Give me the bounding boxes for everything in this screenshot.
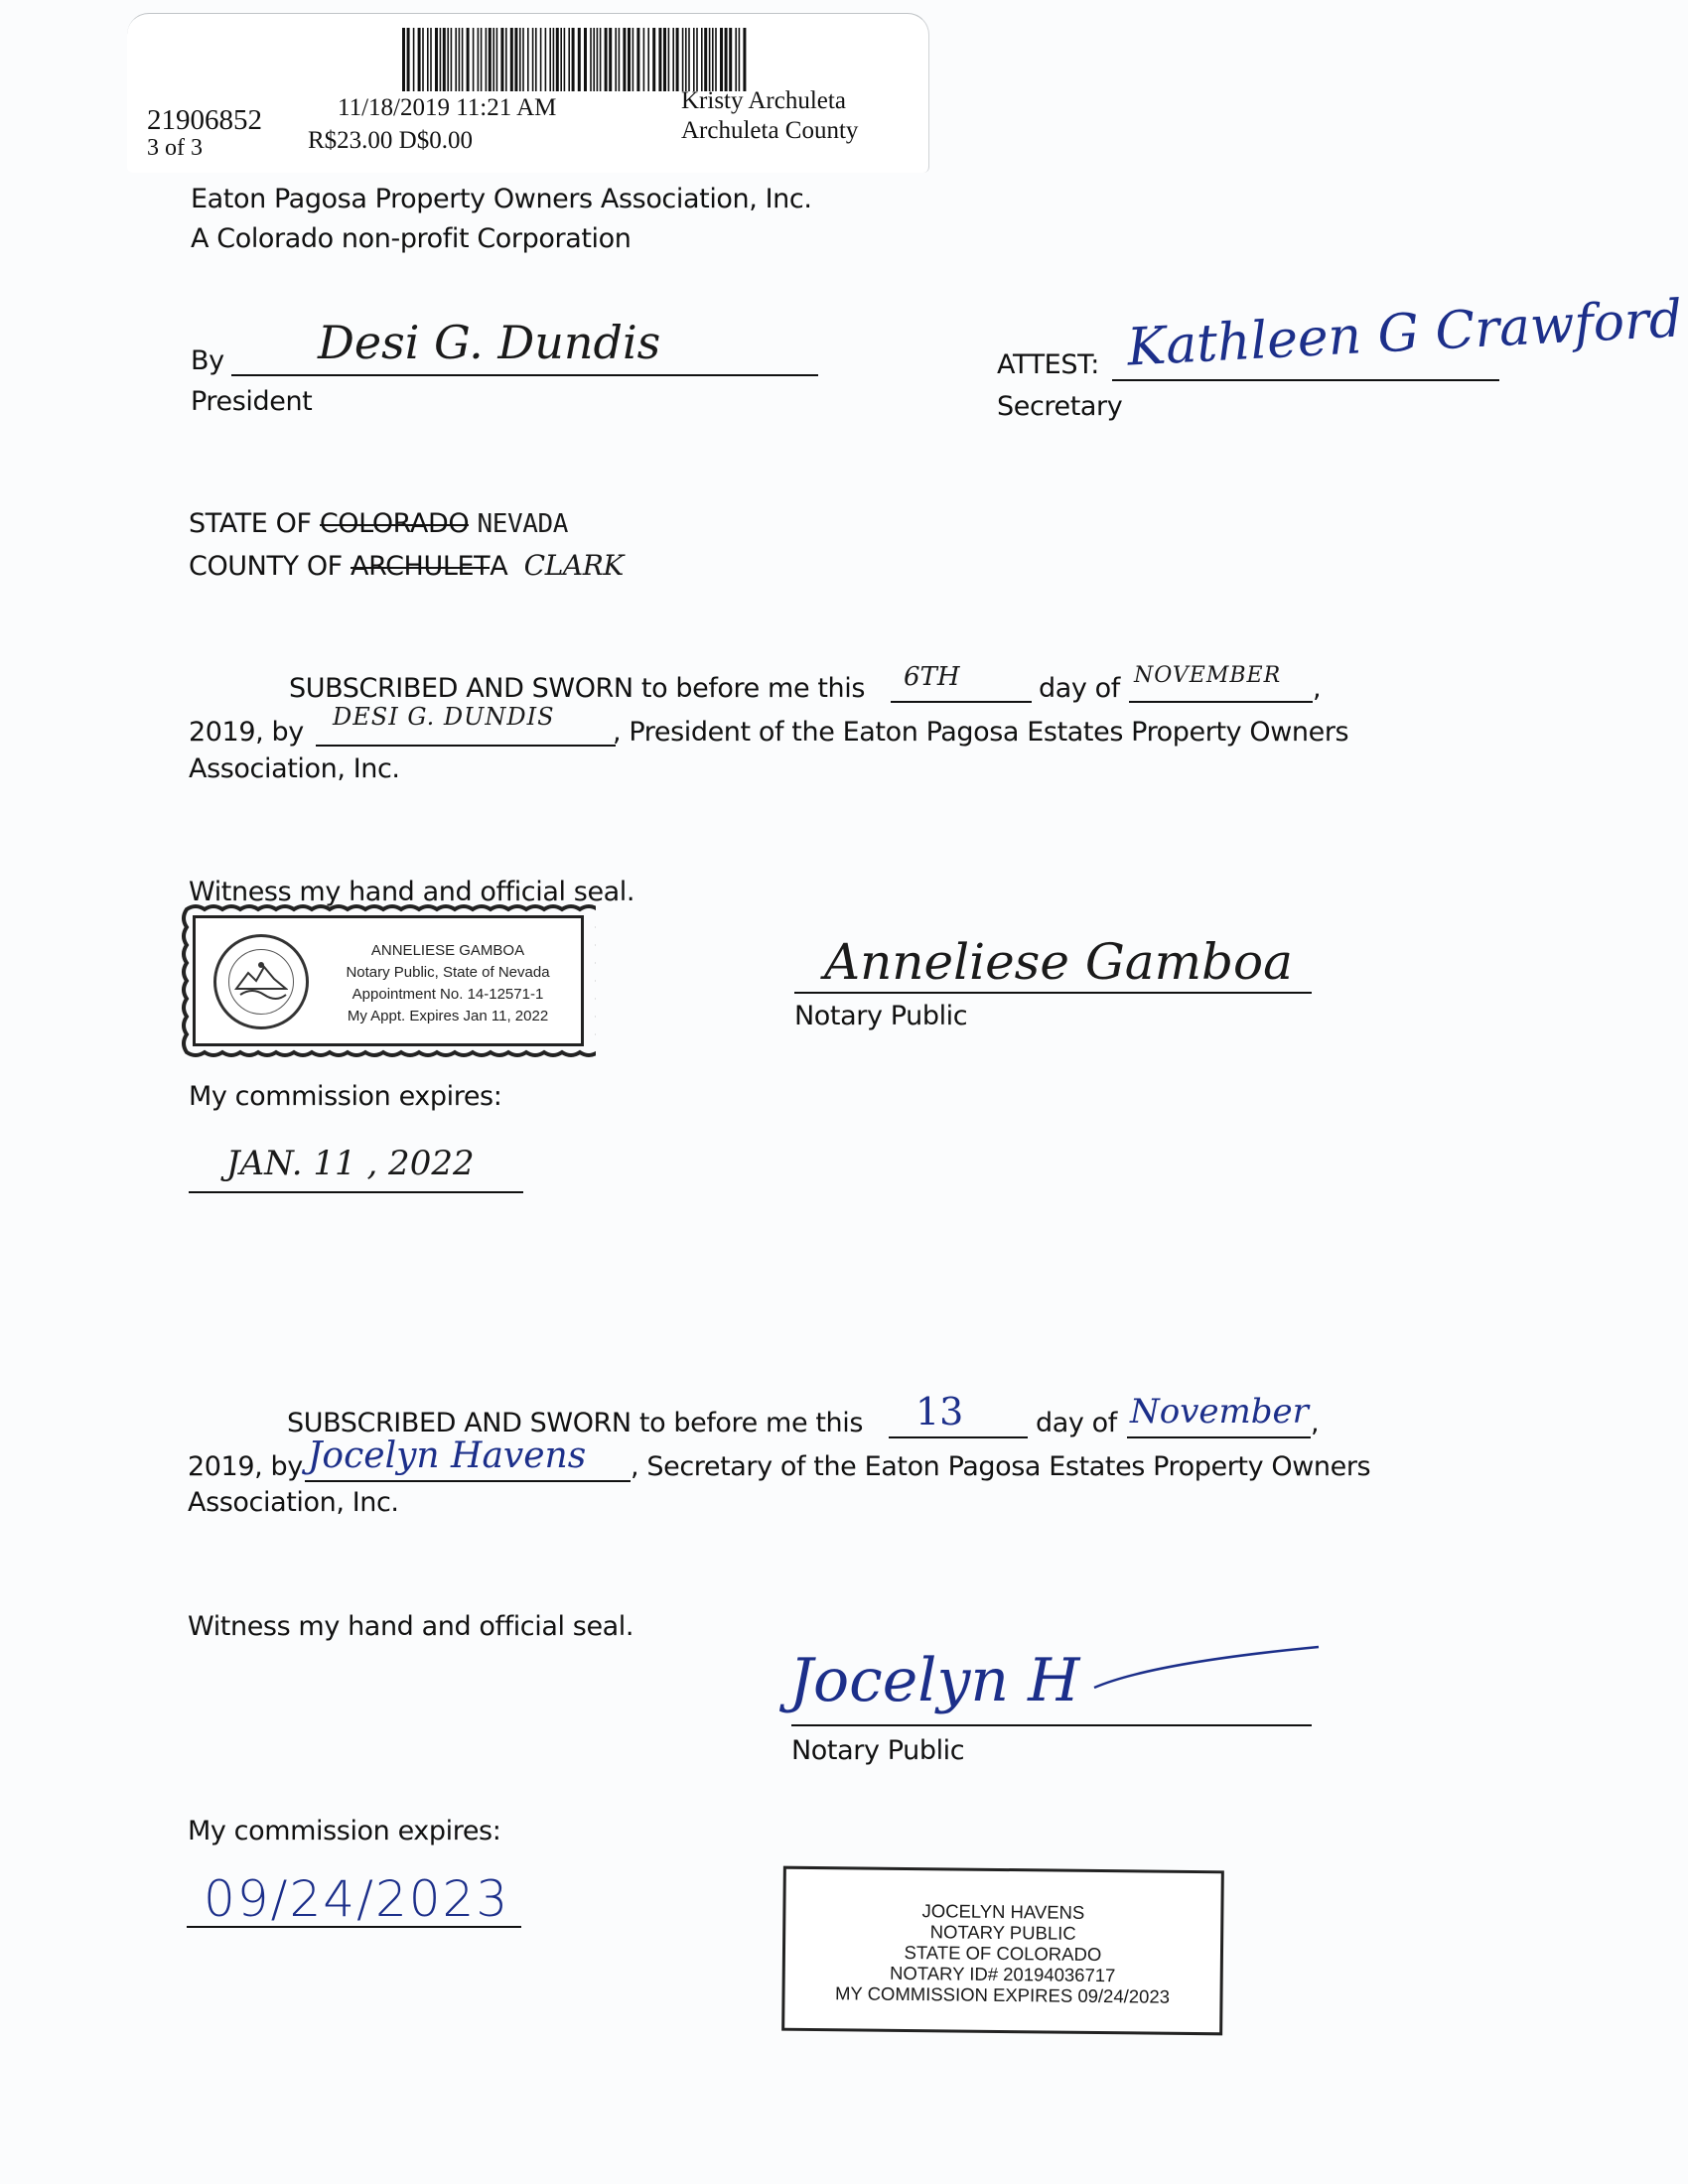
ack1-year-by: 2019, by — [189, 719, 304, 746]
state-line: STATE OF COLORADO NEVADA — [189, 510, 568, 537]
ack2-comma: , — [1311, 1410, 1319, 1436]
organization-description: A Colorado non-profit Corporation — [191, 225, 631, 252]
ack1-commission-label: My commission expires: — [189, 1083, 501, 1110]
ack2-intro: SUBSCRIBED AND SWORN to before me this — [287, 1410, 863, 1436]
ack2-year-by: 2019, by — [188, 1453, 303, 1480]
ack1-signer: DESI G. DUNDIS — [333, 703, 555, 731]
ack2-notary-signature-line — [791, 1724, 1312, 1726]
ack1-day-of: day of — [1039, 675, 1120, 702]
state-handwritten: NEVADA — [477, 509, 568, 539]
secretary-signature-line — [1112, 379, 1499, 381]
county-suffix: A — [490, 551, 507, 582]
ack1-day-line — [891, 701, 1032, 703]
seal-notary-name: ANNELIESE GAMBOA — [315, 940, 581, 962]
ack1-notary-signature-line — [794, 992, 1312, 994]
seal-notary-state: Notary Public, State of Nevada — [315, 962, 581, 984]
signature-flourish-icon — [1092, 1643, 1321, 1693]
seal-expiration: My Appt. Expires Jan 11, 2022 — [315, 1006, 581, 1027]
ack2-day-of: day of — [1036, 1410, 1117, 1436]
ack1-month-line — [1129, 701, 1313, 703]
ack2-closing: Association, Inc. — [188, 1489, 399, 1516]
ack2-witness: Witness my hand and official seal. — [188, 1613, 633, 1640]
county-label: COUNTY OF — [189, 551, 343, 582]
secretary-signature: Kathleen G Crawford — [1126, 289, 1684, 377]
colorado-notary-stamp: JOCELYN HAVENS NOTARY PUBLIC STATE OF CO… — [781, 1866, 1224, 2036]
ack2-month-line — [1127, 1436, 1311, 1438]
recorder-county: Archuleta County — [681, 118, 858, 143]
ack2-day: 13 — [915, 1390, 963, 1433]
ack2-day-line — [889, 1436, 1028, 1438]
seal-emblem-icon — [234, 959, 288, 1005]
ack2-signer: Jocelyn Havens — [308, 1435, 586, 1476]
ack1-day: 6TH — [904, 662, 960, 692]
seal-appointment-number: Appointment No. 14-12571-1 — [315, 984, 581, 1006]
ack1-month: NOVEMBER — [1134, 663, 1281, 688]
ack2-role-text: , Secretary of the Eaton Pagosa Estates … — [631, 1453, 1370, 1480]
ack1-role-text: , President of the Eaton Pagosa Estates … — [613, 719, 1348, 746]
attest-label: ATTEST: — [997, 351, 1099, 378]
county-struck: ARCHULET — [351, 551, 490, 582]
recorder-name: Kristy Archuleta — [681, 88, 846, 113]
nevada-notary-seal: ANNELIESE GAMBOA Notary Public, State of… — [181, 903, 596, 1058]
president-title: President — [191, 388, 312, 415]
state-label: STATE OF — [189, 508, 312, 539]
ack2-commission-label: My commission expires: — [188, 1818, 500, 1844]
ack1-notary-title: Notary Public — [794, 1003, 967, 1029]
ack2-commission-date: 09/24/2023 — [204, 1870, 509, 1928]
county-line: COUNTY OF ARCHULETA CLARK — [189, 552, 624, 580]
state-struck: COLORADO — [320, 508, 469, 539]
ack1-comma: , — [1313, 675, 1321, 702]
ack1-signer-line — [316, 745, 616, 747]
ack1-intro: SUBSCRIBED AND SWORN to before me this — [289, 675, 865, 702]
president-signature: Desi G. Dundis — [318, 316, 660, 369]
secretary-title: Secretary — [997, 393, 1122, 420]
recording-fees: R$23.00 D$0.00 — [308, 128, 473, 153]
ack1-commission-date: JAN. 11 , 2022 — [226, 1144, 475, 1183]
nevada-state-seal-icon — [213, 934, 309, 1029]
ack1-witness: Witness my hand and official seal. — [189, 879, 634, 905]
recorded-datetime: 11/18/2019 11:21 AM — [338, 95, 556, 120]
county-handwritten: CLARK — [524, 549, 624, 582]
ack2-signer-line — [305, 1480, 631, 1482]
ack2-notary-title: Notary Public — [791, 1737, 964, 1764]
barcode-icon — [402, 28, 750, 91]
ack2-month: November — [1130, 1392, 1309, 1432]
president-signature-line — [231, 374, 818, 376]
page-count: 3 of 3 — [147, 136, 203, 160]
stamp-expiration: MY COMMISSION EXPIRES 09/24/2023 — [784, 1982, 1219, 2008]
ack2-notary-signature: Jocelyn H — [789, 1646, 1079, 1715]
reception-number: 21906852 — [147, 106, 262, 135]
ack1-commission-line — [189, 1191, 523, 1193]
ack1-notary-signature: Anneliese Gamboa — [824, 933, 1293, 991]
by-label: By — [191, 347, 224, 374]
ack1-closing: Association, Inc. — [189, 755, 400, 782]
organization-name: Eaton Pagosa Property Owners Association… — [191, 186, 812, 212]
